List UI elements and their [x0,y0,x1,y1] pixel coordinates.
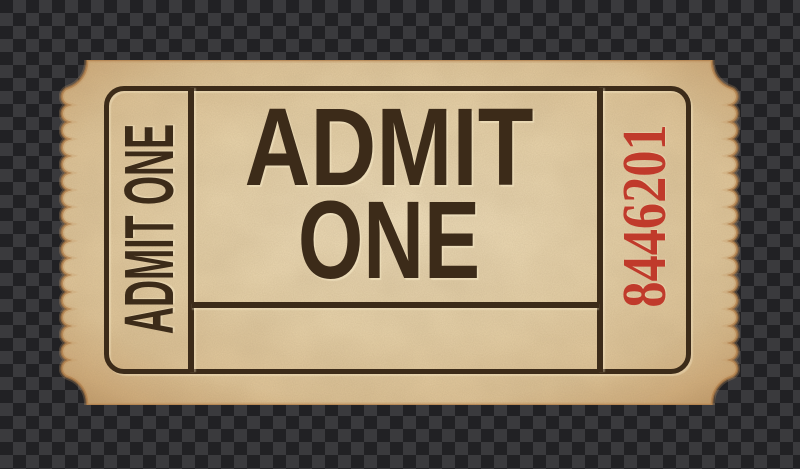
counterfoil-rule [192,302,599,308]
headline-line-one: ONE [256,194,522,287]
serial-divider-line [597,88,603,372]
headline-admit-one: ADMIT ONE [215,101,563,287]
admit-one-ticket: ADMIT ONE ADMIT ONE 8446201 [59,60,740,405]
stub-admit-one-label: ADMIT ONE [114,124,184,334]
image-canvas: ADMIT ONE ADMIT ONE 8446201 [0,0,800,469]
serial-number: 8446201 [614,124,676,307]
stub-divider-line [188,88,194,372]
ticket-printing: ADMIT ONE ADMIT ONE 8446201 [59,60,740,405]
